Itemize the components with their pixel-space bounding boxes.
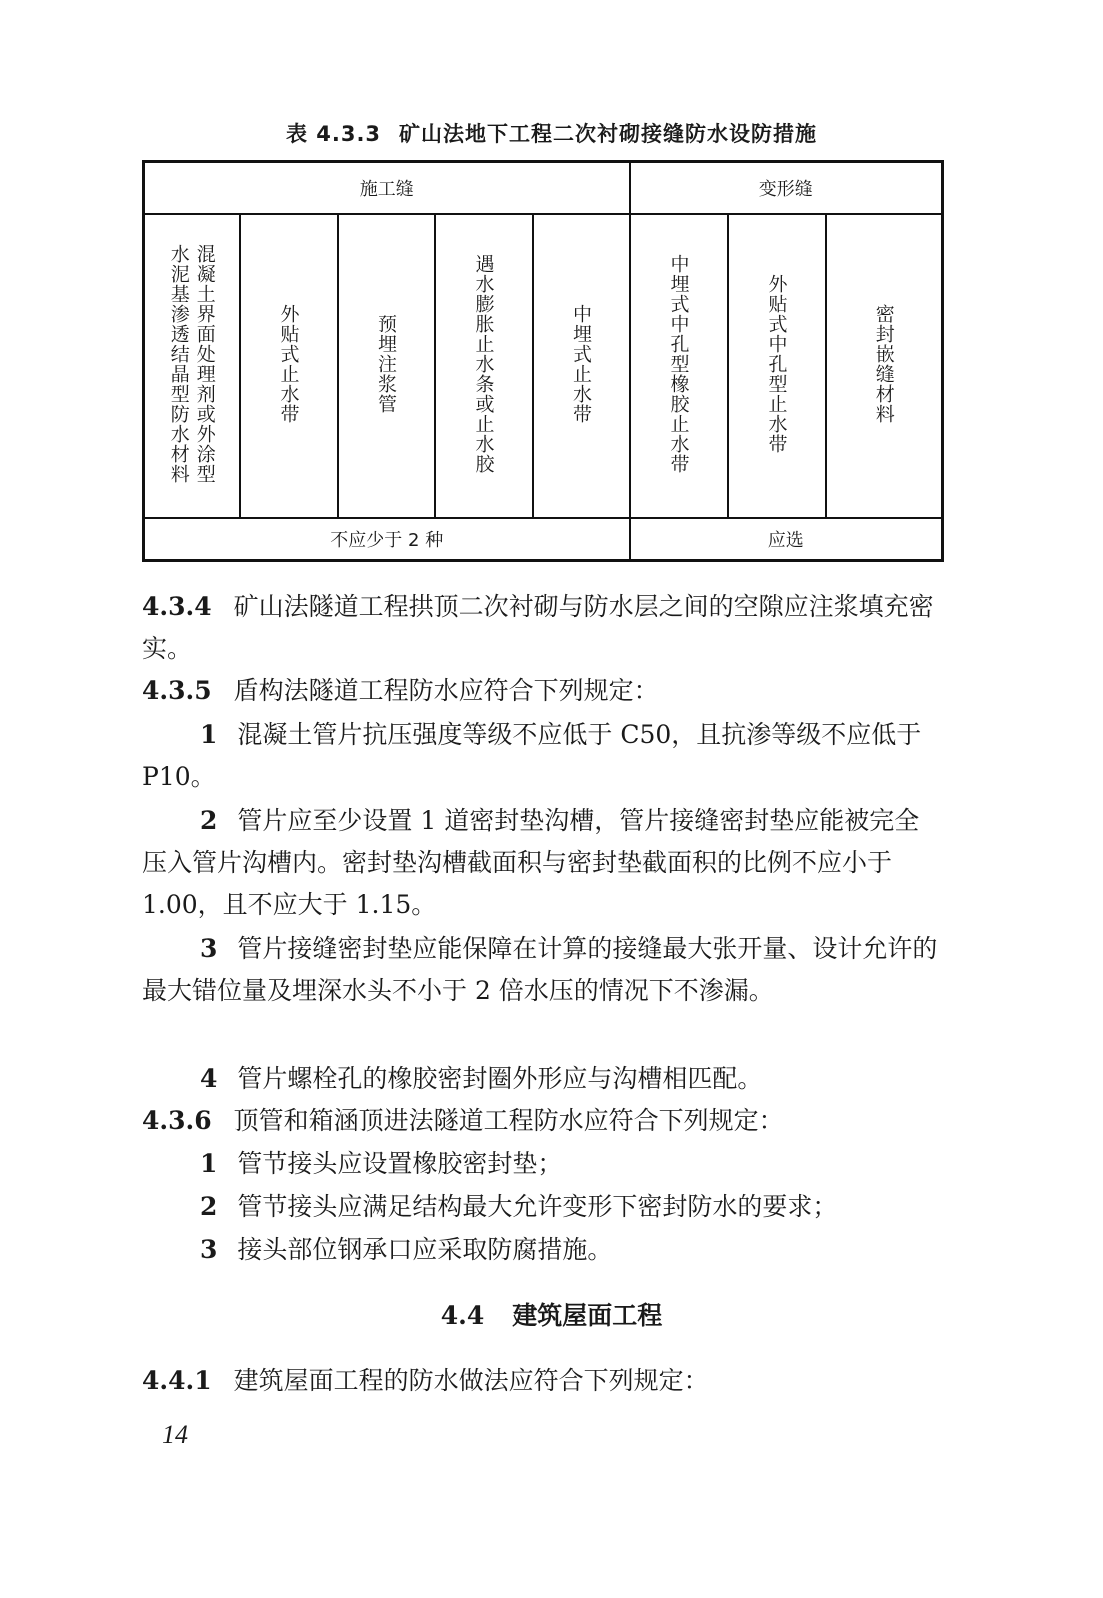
group-header-construction-joint: 施工缝 xyxy=(144,162,630,215)
clause-item: 3管片接缝密封垫应能保障在计算的接缝最大张开量、设计允许的最大错位量及埋深水头不… xyxy=(142,928,942,1012)
clause-4-4-1: 4.4.1建筑屋面工程的防水做法应符合下列规定： xyxy=(142,1360,942,1402)
column-header: 水泥基渗透结晶型防水材料混凝土界面处理剂或外涂型 xyxy=(144,214,240,518)
column-header: 密封嵌缝材料 xyxy=(826,214,943,518)
column-header: 中埋式中孔型橡胶止水带 xyxy=(630,214,728,518)
column-header: 外贴式中孔型止水带 xyxy=(728,214,826,518)
clause-4-3-5: 4.3.5盾构法隧道工程防水应符合下列规定： xyxy=(142,670,942,712)
table-title: 矿山法地下工程二次衬砌接缝防水设防措施 xyxy=(399,122,817,146)
table-caption: 表 4.3.3矿山法地下工程二次衬砌接缝防水设防措施 xyxy=(0,118,1103,148)
table-number: 表 4.3.3 xyxy=(286,122,381,146)
clause-item: 3接头部位钢承口应采取防腐措施。 xyxy=(142,1229,942,1271)
clause-item: 1管节接头应设置橡胶密封垫； xyxy=(142,1143,942,1185)
column-header-text: 水泥基渗透结晶型防水材料 xyxy=(166,234,192,494)
clause-4-3-6: 4.3.6顶管和箱涵顶进法隧道工程防水应符合下列规定： xyxy=(142,1100,942,1142)
section-heading-4-4: 4.4建筑屋面工程 xyxy=(0,1296,1103,1332)
group-header-deformation-joint: 变形缝 xyxy=(630,162,943,215)
clause-item: 1混凝土管片抗压强度等级不应低于 C50，且抗渗等级不应低于 P10。 xyxy=(142,714,942,798)
requirement-construction-joint: 不应少于 2 种 xyxy=(144,518,630,561)
clause-4-3-4: 4.3.4矿山法隧道工程拱顶二次衬砌与防水层之间的空隙应注浆填充密实。 xyxy=(142,586,942,670)
column-header: 遇水膨胀止水条或止水胶 xyxy=(435,214,533,518)
clause-item: 2管节接头应满足结构最大允许变形下密封防水的要求； xyxy=(142,1186,942,1228)
clause-item: 2管片应至少设置 1 道密封垫沟槽，管片接缝密封垫应能被完全压入管片沟槽内。密封… xyxy=(142,800,942,926)
column-header-text: 混凝土界面处理剂或外涂型 xyxy=(192,234,218,494)
clause-item: 4管片螺栓孔的橡胶密封圈外形应与沟槽相匹配。 xyxy=(142,1058,942,1100)
waterproof-measures-table: 施工缝 变形缝 水泥基渗透结晶型防水材料混凝土界面处理剂或外涂型 外贴式止水带 … xyxy=(142,160,944,562)
page-number: 14 xyxy=(162,1420,188,1450)
column-header: 外贴式止水带 xyxy=(240,214,338,518)
requirement-deformation-joint: 应选 xyxy=(630,518,943,561)
column-header: 预埋注浆管 xyxy=(338,214,435,518)
column-header: 中埋式止水带 xyxy=(533,214,630,518)
